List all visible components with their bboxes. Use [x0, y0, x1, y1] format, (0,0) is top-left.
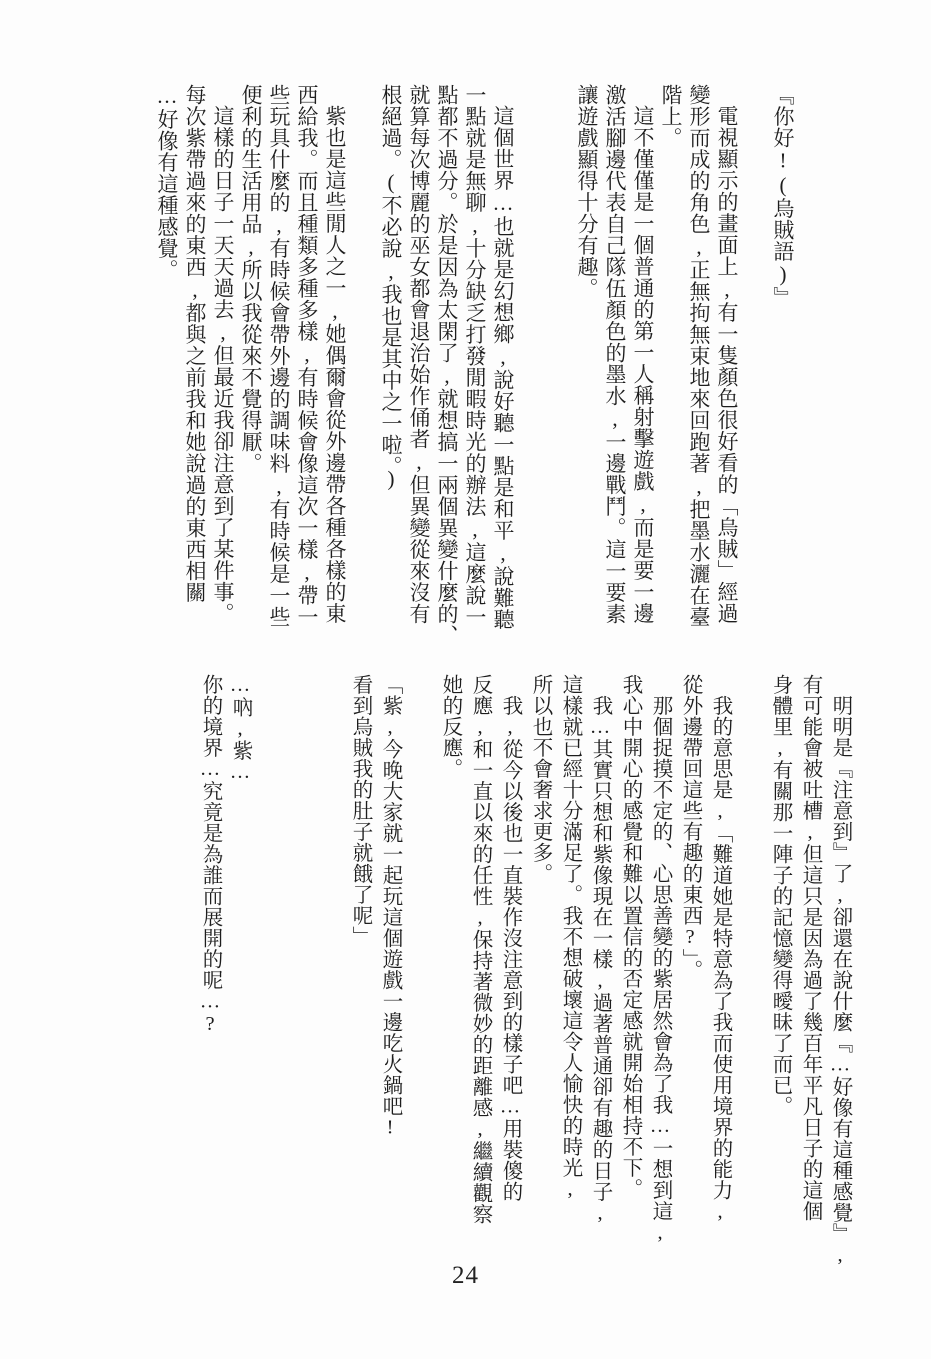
text-column: 便利的生活用品,所以我從來不覺得厭。 [237, 84, 265, 632]
text-column: 這不僅僅是一個普通的第一人稱射擊遊戲,而是要一邊 [629, 84, 657, 632]
text-column: 點都不過分。於是因為太閑了,就想搞一兩個異變什麼的、 [433, 84, 461, 632]
text-column: 明明是『注意到』了,卻還在說什麼『…好像有這種感覺』, [825, 674, 855, 1274]
text-column: 西給我。而且種類多種多樣,有時候會像這次一樣,帶一 [293, 84, 321, 632]
text-column: 我,從今以後也一直裝作沒注意到的樣子吧…用裝傻的 [495, 674, 525, 1274]
text-column: 你的境界…究竟是為誰而展開的呢…? [195, 674, 225, 1274]
text-column: 從外邊帶回這些有趣的東西?」。 [675, 674, 705, 1274]
text-column: 激活腳邊代表自己隊伍顏色的墨水,一邊戰鬥。這一要素 [601, 84, 629, 632]
bottom-text-block: 明明是『注意到』了,卻還在說什麼『…好像有這種感覺』,有可能會被吐槽,但這只是因… [195, 674, 855, 1274]
text-column: 電視顯示的畫面上,有一隻顏色很好看的「烏賊」經過 [713, 84, 741, 632]
text-column: …好像有這種感覺。 [153, 84, 181, 632]
text-column: …吶,紫… [225, 674, 255, 1274]
text-column: 「紫,今晚大家就一起玩這個遊戲一邊吃火鍋吧! [375, 674, 405, 1274]
text-column: 我…其實只想和紫像現在一樣,過著普通卻有趣的日子, [585, 674, 615, 1274]
text-column: 紫也是這些閒人之一,她偶爾會從外邊帶各種各樣的東 [321, 84, 349, 632]
text-column: 變形而成的角色,正無拘無束地來回跑著,把墨水灑在臺 [685, 84, 713, 632]
text-column: 我的意思是,「難道她是特意為了我而使用境界的能力, [705, 674, 735, 1274]
text-column: 看到烏賊我的肚子就餓了呢」 [345, 674, 375, 1274]
text-column: 我心中開心的感覺和難以置信的否定感就開始相持不下。 [615, 674, 645, 1274]
text-column: 階上。 [657, 84, 685, 632]
text-column: 『你好!(烏賊語)』 [769, 84, 797, 632]
text-column: 她的反應。 [435, 674, 465, 1274]
text-column: 有可能會被吐槽,但這只是因為過了幾百年平凡日子的這個 [795, 674, 825, 1274]
text-column: 反應,和一直以來的任性,保持著微妙的距離感,繼續觀察 [465, 674, 495, 1274]
text-column: 那個捉摸不定的、心思善變的紫居然會為了我…一想到這, [645, 674, 675, 1274]
book-page: 『你好!(烏賊語)』電視顯示的畫面上,有一隻顏色很好看的「烏賊」經過變形而成的角… [0, 0, 931, 1359]
text-column: 讓遊戲顯得十分有趣。 [573, 84, 601, 632]
text-column: 所以也不會奢求更多。 [525, 674, 555, 1274]
text-column: 這樣的日子一天天過去,但最近我卻注意到了某件事。 [209, 84, 237, 632]
text-column: 這個世界…也就是幻想鄉,說好聽一點是和平,說難聽 [489, 84, 517, 632]
text-column: 一點就是無聊,十分缺乏打發閒暇時光的辦法,這麼說一 [461, 84, 489, 632]
top-text-block: 『你好!(烏賊語)』電視顯示的畫面上,有一隻顏色很好看的「烏賊」經過變形而成的角… [153, 84, 797, 632]
text-column: 身體里,有關那一陣子的記憶變得曖昧了而已。 [765, 674, 795, 1274]
text-column: 就算每次博麗的巫女都會退治始作俑者,但異變從來沒有 [405, 84, 433, 632]
text-column: 這樣就已經十分滿足了。我不想破壞這令人愉快的時光, [555, 674, 585, 1274]
page-number: 24 [0, 1262, 931, 1290]
text-column: 些玩具什麼的,有時候會帶外邊的調味料,有時候是一些 [265, 84, 293, 632]
text-column: 根絕過。(不必說,我也是其中之一啦。) [377, 84, 405, 632]
text-column: 每次紫帶過來的東西,都與之前我和她說過的東西相關 [181, 84, 209, 632]
